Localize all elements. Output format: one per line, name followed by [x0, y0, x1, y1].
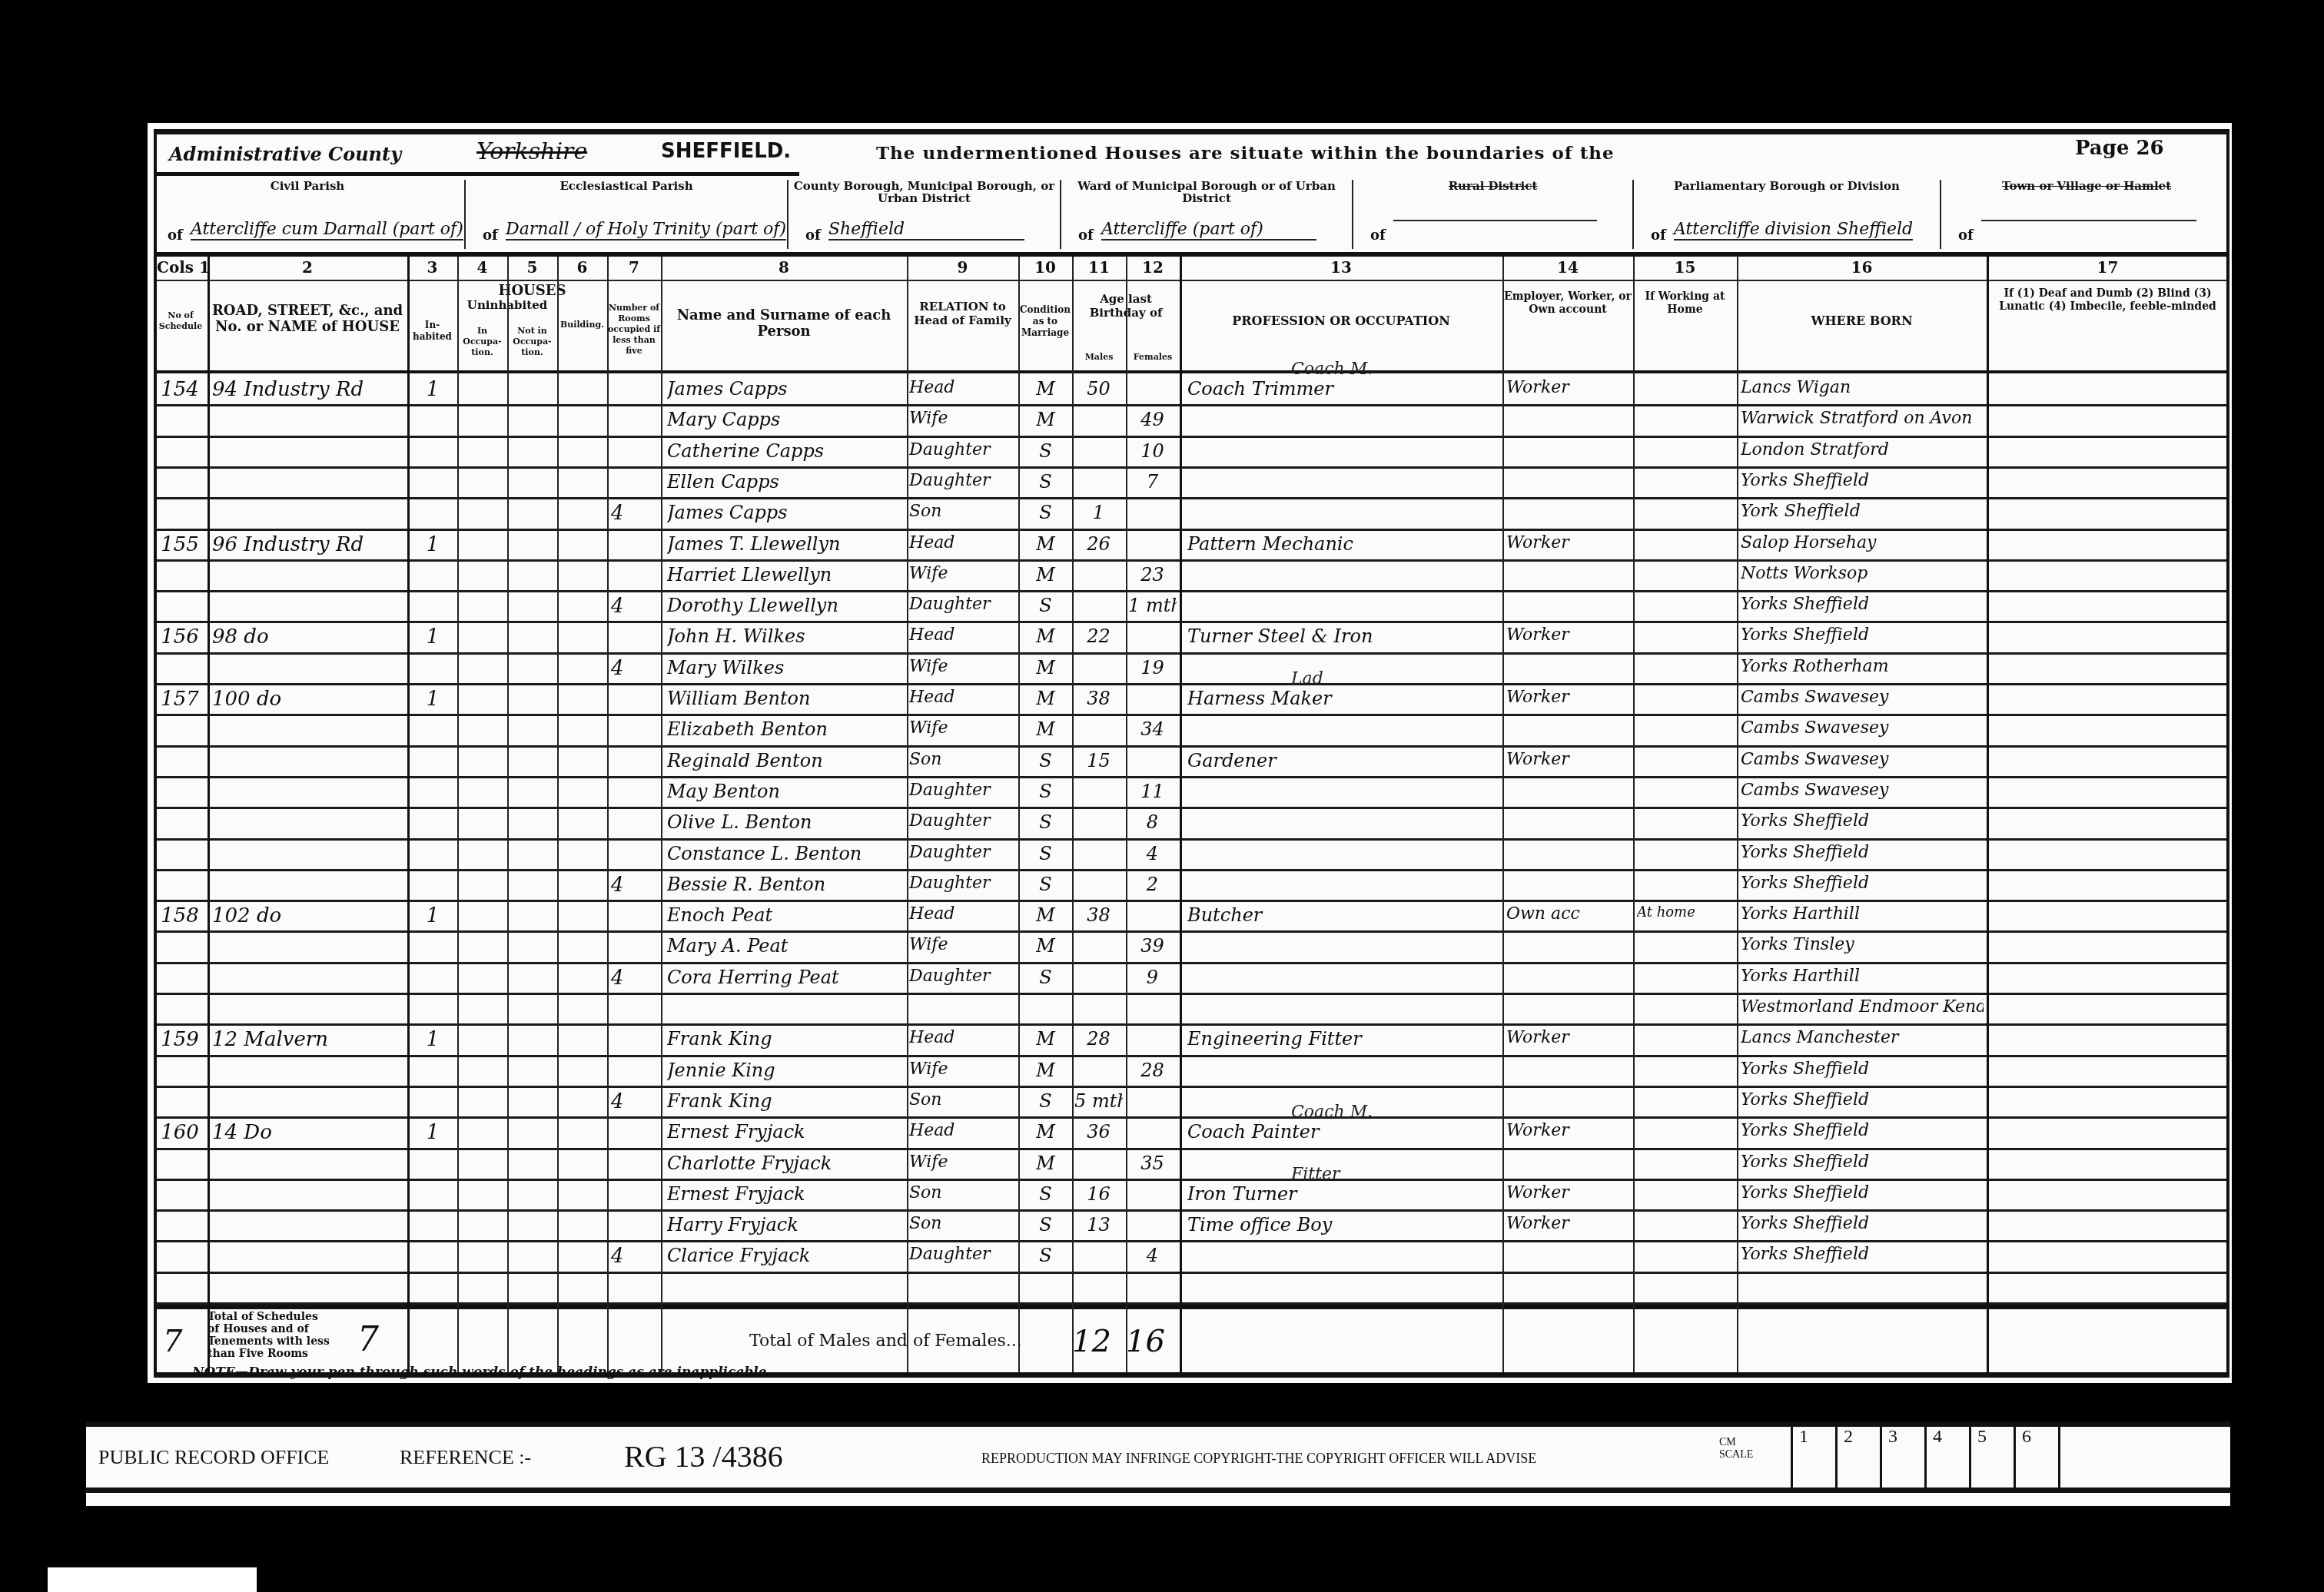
- cell-road: 100 do: [212, 688, 404, 711]
- footer-bottom-rule: [86, 1488, 2230, 1493]
- cell-born: Yorks Sheffield: [1741, 1183, 1984, 1202]
- reference-label: REFERENCE :-: [400, 1446, 531, 1469]
- cell-female: 7: [1128, 471, 1177, 493]
- scale-mark: 2: [1835, 1427, 1878, 1488]
- column-header-females: Females: [1126, 352, 1180, 363]
- cell-rel: Son: [909, 1183, 1015, 1202]
- cell-cond: S: [1022, 471, 1069, 493]
- row-rule: [154, 807, 2229, 809]
- scale-mark: 6: [2014, 1427, 2057, 1488]
- row-rule: [154, 1209, 2229, 1212]
- header-field-value: [1393, 220, 1597, 221]
- row-rule: [154, 497, 2229, 499]
- cell-emp: Worker: [1506, 533, 1630, 552]
- cell-sched: 160: [155, 1121, 204, 1144]
- row-rule: [154, 621, 2229, 623]
- cell-rooms: 4: [611, 595, 658, 618]
- column-header-relation: RELATION to Head of Family: [907, 300, 1018, 327]
- cell-rel: Daughter: [909, 874, 1015, 893]
- column-number: 9: [910, 258, 1015, 277]
- cell-female: 49: [1128, 409, 1177, 430]
- cell-name: James Capps: [667, 502, 904, 523]
- cell-sched: 154: [155, 378, 204, 401]
- row-rule: [154, 436, 2229, 438]
- cell-born: Yorks Sheffield: [1741, 811, 1984, 831]
- note-text: NOTE—Draw your pen through such words of…: [192, 1365, 772, 1380]
- page-border: [2226, 129, 2229, 1378]
- totals-top-rule: [154, 1305, 2229, 1309]
- cell-female: 23: [1128, 564, 1177, 585]
- cell-male: 13: [1074, 1214, 1123, 1235]
- cell-rel: Head: [909, 1028, 1015, 1047]
- colnum-rule: [154, 280, 2229, 281]
- occupation-annotation: Lad: [1291, 669, 1323, 688]
- cell-born: Yorks Rotherham: [1741, 657, 1984, 676]
- reference-value: RG 13 /4386: [624, 1438, 783, 1474]
- cell-cond: S: [1022, 781, 1069, 802]
- cell-name: Frank King: [667, 1028, 904, 1050]
- column-header-inhabited: In-habited: [407, 320, 457, 343]
- top-rule: [154, 129, 2229, 134]
- column-number: 16: [1740, 258, 1984, 277]
- column-header-at-home: If Working at Home: [1633, 290, 1737, 317]
- header-field-label: Rural District: [1356, 180, 1629, 192]
- column-divider: [1126, 257, 1127, 1372]
- cell-born: Yorks Sheffield: [1741, 1214, 1984, 1233]
- cell-rel: Son: [909, 750, 1015, 769]
- cell-rel: Wife: [909, 409, 1015, 428]
- cell-cond: M: [1022, 564, 1069, 585]
- column-divider: [1737, 257, 1738, 1372]
- cell-born: Yorks Sheffield: [1741, 874, 1984, 893]
- cell-cond: M: [1022, 378, 1069, 400]
- field-divider: [1060, 180, 1061, 249]
- total-schedules: 7: [163, 1324, 182, 1359]
- cell-born: Yorks Sheffield: [1741, 1153, 1984, 1172]
- cell-male: 28: [1074, 1028, 1123, 1050]
- cell-cond: S: [1022, 440, 1069, 462]
- header-field-value: Darnall / of Holy Trinity (part of): [506, 220, 786, 240]
- cell-cond: M: [1022, 904, 1069, 926]
- cell-name: Mary Wilkes: [667, 657, 904, 678]
- occupation-annotation: Fitter: [1291, 1165, 1340, 1184]
- cell-emp: Worker: [1506, 625, 1630, 645]
- column-header-road: ROAD, STREET, &c., and No. or NAME of HO…: [207, 303, 407, 335]
- column-number: 3: [410, 258, 454, 277]
- cell-occ: Engineering Fitter: [1187, 1028, 1499, 1050]
- header-field-of: of: [1078, 227, 1094, 244]
- fields-bottom-rule: [154, 252, 2229, 257]
- cell-rel: Wife: [909, 718, 1015, 738]
- cell-female: 4: [1128, 843, 1177, 864]
- cell-rel: Daughter: [909, 595, 1015, 614]
- field-divider: [464, 180, 466, 249]
- row-rule: [154, 529, 2229, 531]
- cell-home: At home: [1637, 904, 1734, 920]
- cell-cond: S: [1022, 967, 1069, 988]
- cell-female: 39: [1128, 935, 1177, 957]
- column-divider: [1502, 257, 1504, 1372]
- cell-rel: Daughter: [909, 471, 1015, 490]
- cell-emp: Worker: [1506, 1183, 1630, 1202]
- column-divider: [1633, 257, 1635, 1372]
- cell-occ: Turner Steel & Iron: [1187, 625, 1499, 647]
- row-rule: [154, 993, 2229, 995]
- column-number: 13: [1183, 258, 1499, 277]
- cell-road: 102 do: [212, 904, 404, 927]
- cell-rel: Wife: [909, 657, 1015, 676]
- cell-male: 5 mths: [1074, 1090, 1123, 1112]
- cell-born: Westmorland Endmoor Kendal: [1741, 997, 1984, 1017]
- cell-name: Mary Capps: [667, 409, 904, 430]
- column-header-employer: Employer, Worker, or Own account: [1502, 290, 1633, 317]
- cell-born: York Sheffield: [1741, 502, 1984, 521]
- column-number: 6: [560, 258, 604, 277]
- cell-born: Salop Horsehay: [1741, 533, 1984, 552]
- column-header-building: Building.: [557, 320, 607, 330]
- column-header-condition: Condition as to Marriage: [1018, 304, 1072, 339]
- cell-sched: 156: [155, 625, 204, 648]
- cell-rel: Head: [909, 1121, 1015, 1140]
- header-field-of: of: [483, 227, 498, 244]
- total-schedules-label: Total of Schedules of Houses and of Tene…: [207, 1311, 330, 1360]
- cell-rel: Daughter: [909, 967, 1015, 986]
- cell-born: Warwick Stratford on Avon: [1741, 409, 1984, 428]
- cell-name: Elizabeth Benton: [667, 718, 904, 740]
- cell-female: 34: [1128, 718, 1177, 740]
- office-name: PUBLIC RECORD OFFICE: [98, 1446, 330, 1469]
- column-divider: [607, 257, 609, 1372]
- cell-cond: S: [1022, 595, 1069, 616]
- header-field-value: Attercliffe cum Darnall (part of): [191, 220, 463, 240]
- cell-female: 9: [1128, 967, 1177, 988]
- scale-label: CM SCALE: [1719, 1437, 1750, 1461]
- scale-mark: 5: [1969, 1427, 2012, 1488]
- cell-cond: S: [1022, 1214, 1069, 1235]
- field-divider: [1940, 180, 1941, 249]
- cell-born: Cambs Swavesey: [1741, 750, 1984, 769]
- cell-name: Harriet Llewellyn: [667, 564, 904, 585]
- row-rule: [154, 962, 2229, 964]
- column-number: 10: [1021, 258, 1069, 277]
- cell-rel: Head: [909, 378, 1015, 397]
- cell-born: Yorks Sheffield: [1741, 1121, 1984, 1140]
- cell-occ: Time office Boy: [1187, 1214, 1499, 1235]
- cell-rel: Son: [909, 502, 1015, 521]
- column-number: 15: [1636, 258, 1734, 277]
- column-number: 14: [1506, 258, 1630, 277]
- cell-cond: S: [1022, 1245, 1069, 1266]
- cell-male: 22: [1074, 625, 1123, 647]
- cell-born: London Stratford: [1741, 440, 1984, 459]
- column-header-schedule: No of Schedule: [154, 310, 207, 332]
- intro-text: The undermentioned Houses are situate wi…: [876, 143, 1615, 164]
- column-number: 4: [460, 258, 504, 277]
- cell-born: Yorks Sheffield: [1741, 471, 1984, 490]
- cell-cond: S: [1022, 843, 1069, 864]
- cell-rel: Head: [909, 533, 1015, 552]
- cell-inh: 1: [411, 688, 454, 711]
- cell-name: Ernest Fryjack: [667, 1121, 904, 1143]
- cell-female: 2: [1128, 874, 1177, 895]
- cell-male: 36: [1074, 1121, 1123, 1143]
- cell-sched: 159: [155, 1028, 204, 1051]
- cell-name: James Capps: [667, 378, 904, 400]
- row-rule: [154, 838, 2229, 841]
- cell-rel: Wife: [909, 1060, 1015, 1079]
- column-divider: [457, 257, 459, 1372]
- cell-occ: Coach Painter: [1187, 1121, 1499, 1143]
- record-office-footer: PUBLIC RECORD OFFICE REFERENCE :- RG 13 …: [86, 1421, 2230, 1506]
- cell-sched: 157: [155, 688, 204, 711]
- cell-name: John H. Wilkes: [667, 625, 904, 647]
- column-divider: [1072, 257, 1074, 1372]
- row-rule: [154, 1086, 2229, 1088]
- cell-born: Yorks Harthill: [1741, 967, 1984, 986]
- header-field-label: County Borough, Municipal Borough, or Ur…: [792, 180, 1057, 204]
- header-field-of: of: [805, 227, 821, 244]
- cell-rooms: 4: [611, 967, 658, 990]
- cell-inh: 1: [411, 1121, 454, 1144]
- cell-born: Lancs Manchester: [1741, 1028, 1984, 1047]
- cell-name: Dorothy Llewellyn: [667, 595, 904, 616]
- corner-label: [48, 1567, 257, 1592]
- occupation-annotation: Coach M.: [1291, 360, 1373, 379]
- cell-female: 1 mth: [1128, 595, 1177, 616]
- column-number: 7: [610, 258, 658, 277]
- column-number: 17: [1990, 258, 2226, 277]
- header-field-label: Parliamentary Borough or Division: [1637, 180, 1937, 192]
- header-field-value: [1981, 220, 2196, 221]
- column-number: 11: [1075, 258, 1123, 277]
- cell-road: 96 Industry Rd: [212, 533, 404, 556]
- cell-male: 38: [1074, 688, 1123, 709]
- cell-name: Constance L. Benton: [667, 843, 904, 864]
- field-divider: [1352, 180, 1353, 249]
- row-rule: [154, 1116, 2229, 1119]
- column-divider: [1018, 257, 1020, 1372]
- cell-born: Lancs Wigan: [1741, 378, 1984, 397]
- cell-rel: Son: [909, 1214, 1015, 1233]
- row-rule: [154, 930, 2229, 933]
- cell-cond: M: [1022, 718, 1069, 740]
- cell-male: 50: [1074, 378, 1123, 400]
- column-header-infirmity: If (1) Deaf and Dumb (2) Blind (3) Lunat…: [1987, 287, 2229, 313]
- header-field-value: Sheffield: [828, 220, 1024, 240]
- cell-emp: Worker: [1506, 1214, 1630, 1233]
- cell-cond: M: [1022, 625, 1069, 647]
- cell-female: 8: [1128, 811, 1177, 833]
- header-field-of: of: [1370, 227, 1386, 244]
- scale-mark: 3: [1880, 1427, 1923, 1488]
- cell-occ: Pattern Mechanic: [1187, 533, 1499, 555]
- admin-county-struck: Yorkshire: [476, 138, 587, 165]
- row-rule: [154, 869, 2229, 871]
- column-divider: [407, 257, 410, 1372]
- cell-female: 4: [1128, 1245, 1177, 1266]
- row-rule: [154, 466, 2229, 469]
- cell-female: 10: [1128, 440, 1177, 462]
- cell-rooms: 4: [611, 657, 658, 680]
- admin-county-value: SHEFFIELD.: [661, 140, 791, 163]
- cell-female: 19: [1128, 657, 1177, 678]
- cell-inh: 1: [411, 904, 454, 927]
- cell-road: 12 Malvern: [212, 1028, 404, 1051]
- column-header-houses: HOUSES: [407, 283, 657, 299]
- cell-occ: Iron Turner: [1187, 1183, 1499, 1205]
- cell-born: Yorks Tinsley: [1741, 935, 1984, 954]
- cell-born: Cambs Swavesey: [1741, 718, 1984, 738]
- cell-born: Yorks Sheffield: [1741, 1245, 1984, 1264]
- cell-name: Reginald Benton: [667, 750, 904, 771]
- header-field-label: Ward of Municipal Borough or of Urban Di…: [1064, 180, 1349, 204]
- copyright-notice: REPRODUCTION MAY INFRINGE COPYRIGHT-THE …: [981, 1451, 1536, 1467]
- column-divider: [661, 257, 662, 1372]
- cell-male: 26: [1074, 533, 1123, 555]
- cell-male: 1: [1074, 502, 1123, 523]
- column-divider: [207, 257, 210, 1372]
- cell-cond: M: [1022, 533, 1069, 555]
- occupation-annotation: Coach M.: [1291, 1103, 1373, 1122]
- cell-inh: 1: [411, 625, 454, 648]
- cell-female: 11: [1128, 781, 1177, 802]
- cell-name: May Benton: [667, 781, 904, 802]
- admin-county-label: Administrative County: [169, 143, 401, 165]
- cell-male: 38: [1074, 904, 1123, 926]
- header-field-label: Civil Parish: [154, 180, 461, 192]
- header-field-of: of: [1651, 227, 1666, 244]
- census-page: Administrative County Yorkshire SHEFFIEL…: [154, 129, 2229, 1389]
- cell-rel: Head: [909, 688, 1015, 707]
- column-header-rooms: Number of Rooms occupied if less than fi…: [607, 303, 661, 357]
- scale-end: [2058, 1427, 2060, 1488]
- header-field-value: Attercliffe division Sheffield: [1674, 220, 1913, 240]
- title-underline: [154, 172, 799, 176]
- cell-emp: Worker: [1506, 378, 1630, 397]
- row-rule: [154, 683, 2229, 685]
- column-divider: [1987, 257, 1989, 1372]
- total-females: 16: [1126, 1324, 1165, 1359]
- cell-inh: 1: [411, 378, 454, 401]
- cell-cond: M: [1022, 688, 1069, 709]
- scale-mark: 1: [1791, 1427, 1834, 1488]
- row-rule: [154, 1272, 2229, 1274]
- column-header-males: Males: [1072, 352, 1126, 363]
- row-rule: [154, 1023, 2229, 1026]
- cell-name: James T. Llewellyn: [667, 533, 904, 555]
- total-males: 12: [1072, 1324, 1111, 1359]
- cell-rooms: 4: [611, 502, 658, 525]
- column-divider: [907, 257, 908, 1372]
- cell-cond: M: [1022, 935, 1069, 957]
- row-rule: [154, 900, 2229, 902]
- cell-female: 28: [1128, 1060, 1177, 1081]
- cell-born: Notts Worksop: [1741, 564, 1984, 583]
- cell-born: Yorks Sheffield: [1741, 1090, 1984, 1109]
- cell-cond: S: [1022, 750, 1069, 771]
- cell-name: Charlotte Fryjack: [667, 1153, 904, 1174]
- field-divider: [1632, 180, 1634, 249]
- row-rule: [154, 714, 2229, 716]
- cell-rel: Wife: [909, 564, 1015, 583]
- cell-rel: Son: [909, 1090, 1015, 1109]
- cell-name: Enoch Peat: [667, 904, 904, 926]
- row-rule: [154, 404, 2229, 406]
- cell-cond: M: [1022, 1060, 1069, 1081]
- row-rule: [154, 1148, 2229, 1150]
- cell-born: Yorks Harthill: [1741, 904, 1984, 924]
- cell-male: 15: [1074, 750, 1123, 771]
- cell-rel: Wife: [909, 1153, 1015, 1172]
- row-rule: [154, 559, 2229, 562]
- cell-emp: Worker: [1506, 1121, 1630, 1140]
- row-rule: [154, 776, 2229, 778]
- cell-rel: Daughter: [909, 811, 1015, 831]
- cell-cond: M: [1022, 1153, 1069, 1174]
- cell-rel: Daughter: [909, 440, 1015, 459]
- cell-cond: S: [1022, 874, 1069, 895]
- footer-top-rule: [86, 1421, 2230, 1427]
- column-divider: [507, 257, 509, 1372]
- cell-name: Cora Herring Peat: [667, 967, 904, 988]
- column-number: Cols 1: [157, 258, 204, 277]
- header-field-value: Attercliffe (part of): [1101, 220, 1316, 240]
- cell-road: 14 Do: [212, 1121, 404, 1144]
- cell-sched: 155: [155, 533, 204, 556]
- page-border: [154, 129, 157, 1378]
- cell-road: 94 Industry Rd: [212, 378, 404, 401]
- cell-rooms: 4: [611, 874, 658, 897]
- cell-name: Ernest Fryjack: [667, 1183, 904, 1205]
- row-rule: [154, 1179, 2229, 1181]
- cell-rel: Head: [909, 625, 1015, 645]
- cell-cond: M: [1022, 409, 1069, 430]
- header-field-label: Ecclesiastical Parish: [469, 180, 784, 192]
- scale-mark: 4: [1924, 1427, 1967, 1488]
- cell-born: Cambs Swavesey: [1741, 781, 1984, 800]
- header-field-label: Town or Village or Hamlet: [1944, 180, 2229, 192]
- cell-inh: 1: [411, 533, 454, 556]
- cell-name: Catherine Capps: [667, 440, 904, 462]
- cell-emp: Own acc: [1506, 904, 1630, 924]
- cell-name: Jennie King: [667, 1060, 904, 1081]
- cell-cond: S: [1022, 502, 1069, 523]
- row-rule: [154, 1055, 2229, 1057]
- cell-name: Olive L. Benton: [667, 811, 904, 833]
- column-header-born: WHERE BORN: [1737, 313, 1987, 328]
- cell-cond: M: [1022, 1028, 1069, 1050]
- cell-sched: 158: [155, 904, 204, 927]
- cell-emp: Worker: [1506, 750, 1630, 769]
- row-rule: [154, 590, 2229, 592]
- total-males-females-label: Total of Males and of Females...: [749, 1332, 1022, 1351]
- column-number: 12: [1129, 258, 1177, 277]
- cell-born: Yorks Sheffield: [1741, 625, 1984, 645]
- column-header-name: Name and Surname of each Person: [661, 307, 907, 340]
- cell-name: Frank King: [667, 1090, 904, 1112]
- cell-male: 16: [1074, 1183, 1123, 1205]
- field-divider: [787, 180, 788, 249]
- cell-cond: S: [1022, 811, 1069, 833]
- column-number: 8: [664, 258, 904, 277]
- header-bottom-rule: [154, 370, 2229, 373]
- column-divider: [557, 257, 559, 1372]
- header-field-of: of: [168, 227, 183, 244]
- cell-occ: Gardener: [1187, 750, 1499, 771]
- cell-rel: Daughter: [909, 1245, 1015, 1264]
- cell-inh: 1: [411, 1028, 454, 1051]
- cell-emp: Worker: [1506, 688, 1630, 707]
